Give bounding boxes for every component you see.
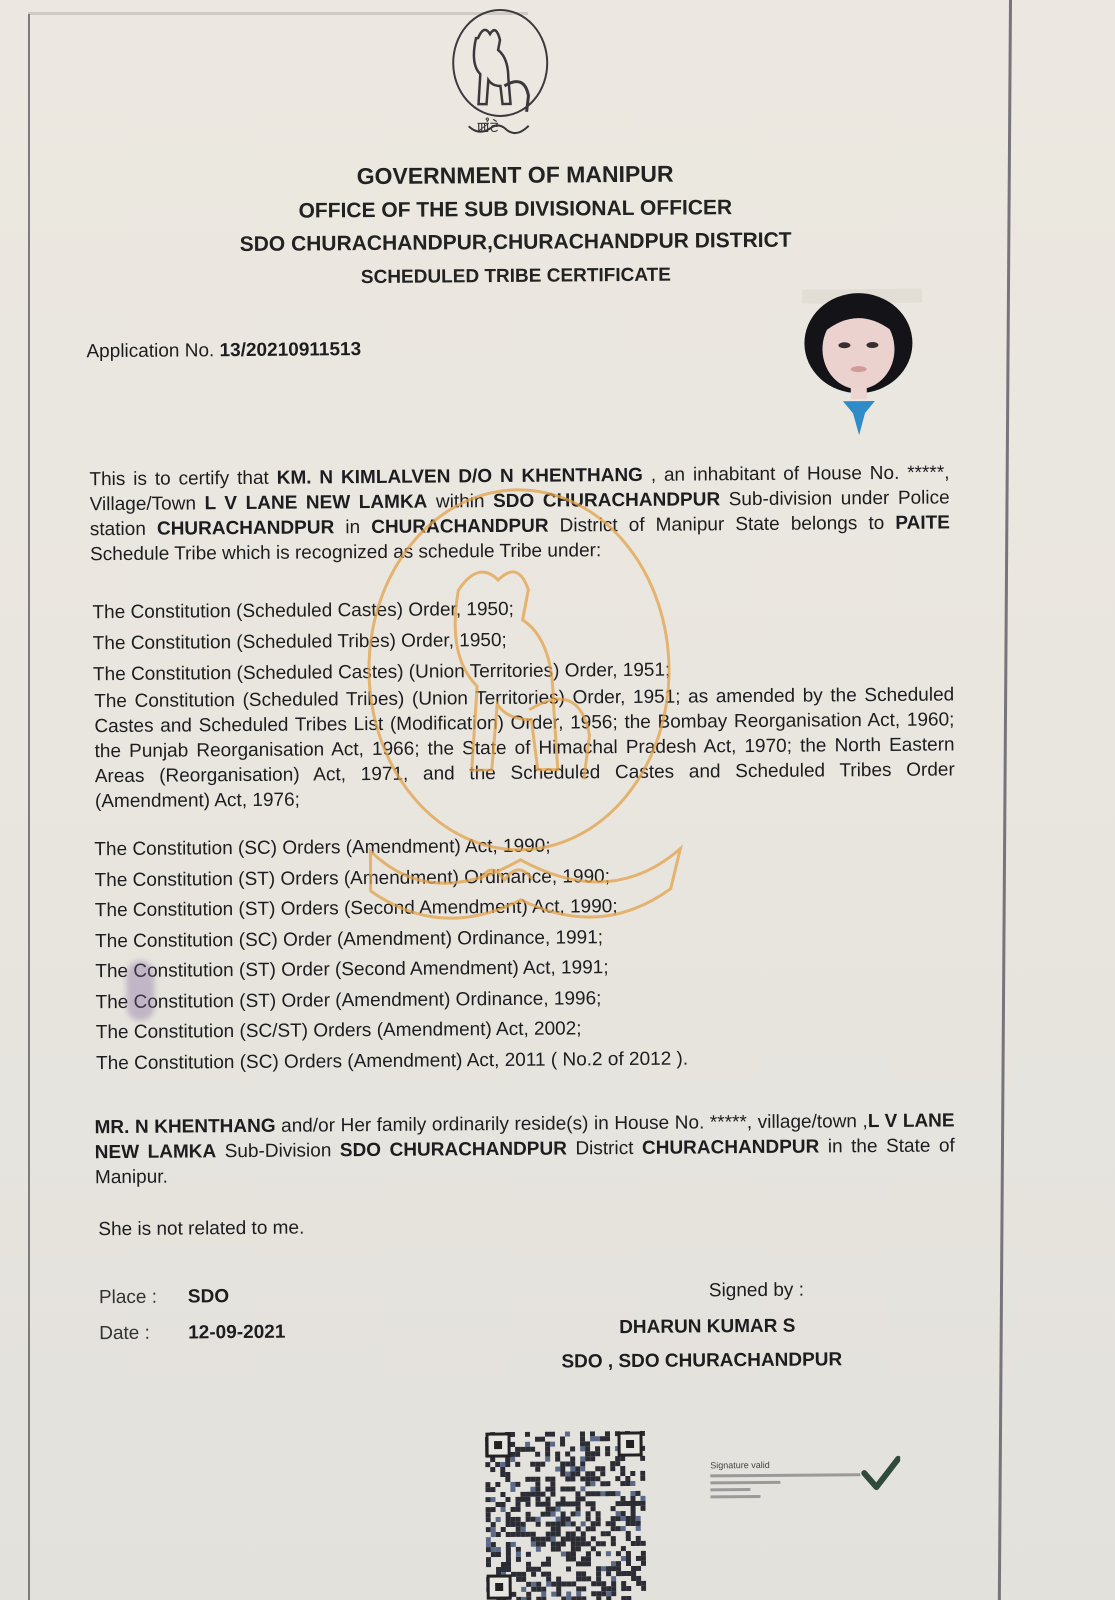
emblem-icon: ꯀꯪꯂꯥ <box>438 7 569 138</box>
police-station: CHURACHANDPUR <box>157 517 334 539</box>
amendment-paragraph: The Constitution (Scheduled Tribes) (Uni… <box>94 682 955 814</box>
residence-text: and/or Her family ordinarily reside(s) i… <box>281 1112 704 1136</box>
svg-text:ꯀꯪꯂꯥ: ꯀꯪꯂꯥ <box>477 117 499 137</box>
subdivision: SDO CHURACHANDPUR <box>340 1138 567 1161</box>
application-number-label: Application No. <box>86 340 214 362</box>
cert-text: District of Manipur State belongs to <box>560 513 885 537</box>
orders-list-1: The Constitution (Scheduled Castes) Orde… <box>92 590 953 690</box>
signature-detail-line <box>710 1473 860 1477</box>
signature-detail-line <box>710 1488 750 1491</box>
cert-text: in <box>345 517 360 538</box>
order-item: The Constitution (SC) Orders (Amendment)… <box>96 1042 956 1079</box>
date-value: 12-09-2021 <box>188 1322 285 1345</box>
cert-text: , an inhabitant of House No. <box>651 463 900 486</box>
residence-text: District <box>575 1138 633 1159</box>
certificate-document: ꯀꯪꯂꯥ GOVERNMENT OF MANIPUR OFFICE OF THE… <box>0 0 1115 1600</box>
district: CHURACHANDPUR <box>642 1137 819 1159</box>
house-number: ***** <box>710 1112 747 1133</box>
place-label: Place : <box>99 1287 157 1309</box>
qr-code <box>485 1431 646 1600</box>
tribe-name: PAITE <box>895 512 950 533</box>
parent-name: MR. N KHENTHANG <box>94 1116 275 1138</box>
district: CHURACHANDPUR <box>371 516 548 538</box>
signed-by-label: Signed by : <box>709 1280 804 1303</box>
signature-validation-box: Signature valid <box>710 1459 900 1520</box>
government-heading: GOVERNMENT OF MANIPUR <box>0 158 1035 193</box>
application-number: 13/20210911513 <box>219 339 361 361</box>
residence-text: , village/town , <box>747 1111 868 1133</box>
signer-name: DHARUN KUMAR S <box>619 1316 795 1339</box>
checkmark-icon <box>860 1455 900 1495</box>
date-label: Date : <box>99 1323 150 1345</box>
subdivision: SDO CHURACHANDPUR <box>493 489 720 512</box>
house-number: ***** <box>907 463 944 484</box>
cert-text: Schedule Tribe which is recognized as sc… <box>90 540 601 565</box>
residence-text: Sub-Division <box>225 1140 332 1162</box>
residence-paragraph: MR. N KHENTHANG and/or Her family ordina… <box>94 1108 955 1190</box>
signer-designation: SDO , SDO CHURACHANDPUR <box>561 1349 842 1373</box>
signature-detail-line <box>710 1495 760 1498</box>
district-heading: SDO CHURACHANDPUR,CHURACHANDPUR DISTRICT <box>0 227 1036 259</box>
orders-list-2: The Constitution (SC) Orders (Amendment)… <box>94 828 956 1079</box>
thumb-smudge <box>126 961 154 1021</box>
cert-intro: This is to certify that <box>89 468 268 490</box>
applicant-name: KM. N KIMLALVEN D/O N KHENTHANG <box>277 465 643 489</box>
place-value: SDO <box>188 1286 229 1308</box>
certification-paragraph: This is to certify that KM. N KIMLALVEN … <box>89 460 950 567</box>
signature-detail-line <box>710 1481 780 1485</box>
application-number-row: Application No. 13/20210911513 <box>86 339 361 363</box>
village: L V LANE NEW LAMKA <box>204 492 427 515</box>
not-related-statement: She is not related to me. <box>98 1218 304 1242</box>
applicant-photo <box>802 283 923 444</box>
office-heading: OFFICE OF THE SUB DIVISIONAL OFFICER <box>0 194 1035 226</box>
cert-text: within <box>436 491 485 512</box>
